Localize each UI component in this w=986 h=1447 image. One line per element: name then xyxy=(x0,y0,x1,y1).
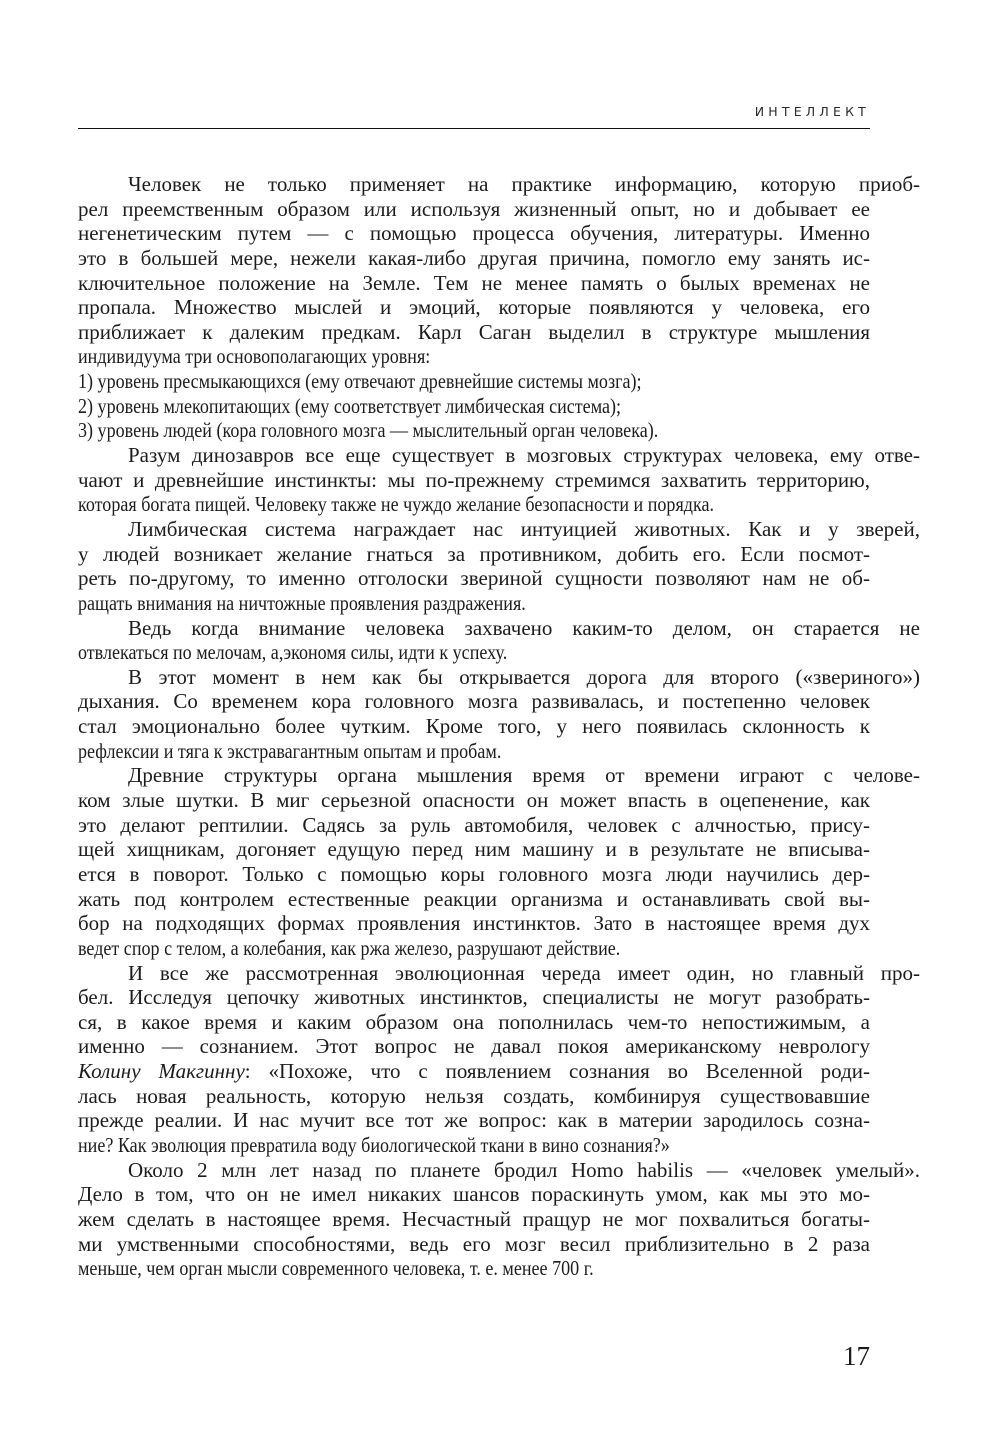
text-line: щей хищникам, догоняет едущую перед ним … xyxy=(78,837,870,862)
text-line: которая богата пищей. Человеку также не … xyxy=(78,492,870,517)
text-line: дыхания. Со временем кора головного мозг… xyxy=(78,689,870,714)
text-line: пропала. Множество мыслей и эмоций, кото… xyxy=(78,295,870,320)
header-rule xyxy=(78,128,870,129)
text-line: ключительное положение на Земле. Тем не … xyxy=(78,271,870,296)
text-line: жем сделать в настоящее время. Несчастны… xyxy=(78,1207,870,1232)
italic-person-name: Колину Макгинну xyxy=(78,1059,245,1083)
text-line-with-italic-name: Колину Макгинну: «Похоже, что с появлени… xyxy=(78,1059,870,1084)
text-line: ся, в какое время и каким образом она по… xyxy=(78,1010,870,1035)
list-item-1: 1) уровень пресмыкающихся (ему отвечают … xyxy=(78,369,870,394)
text-line: приближает к далеким предкам. Карл Саган… xyxy=(78,320,870,345)
text-line: Древние структуры органа мышления время … xyxy=(78,763,920,788)
text-line: бор на подходящих формах проявления инст… xyxy=(78,911,870,936)
text-line: жать под контролем естественные реакции … xyxy=(78,887,870,912)
text-line: именно — сознанием. Этот вопрос не давал… xyxy=(78,1034,870,1059)
text-line: Ведь когда внимание человека захвачено к… xyxy=(78,616,920,641)
text-line: прежде реалии. И нас мучит все тот же во… xyxy=(78,1108,870,1133)
text-line: Около 2 млн лет назад по планете бродил … xyxy=(78,1158,920,1183)
text-line: рел преемственным образом или используя … xyxy=(78,197,870,222)
text-line: реть по-другому, то именно отголоски зве… xyxy=(78,566,870,591)
text-line: В этот момент в нем как бы открывается д… xyxy=(78,665,920,690)
text-line: ведет спор с телом, а колебания, как ржа… xyxy=(78,936,870,961)
text-line: ние? Как эволюция превратила воду биолог… xyxy=(78,1133,870,1158)
text-line: И все же рассмотренная эволюционная чере… xyxy=(78,961,920,986)
running-head-title: ИНТЕЛЛЕКТ xyxy=(78,104,870,119)
text-line: ми умственными способностями, ведь его м… xyxy=(78,1232,870,1257)
text-line: негенетическим путем — с помощью процесс… xyxy=(78,221,870,246)
italic-name-suffix: : xyxy=(245,1059,269,1083)
text-line: лась новая реальность, которую нельзя со… xyxy=(78,1084,870,1109)
text-line: меньше, чем орган мысли современного чел… xyxy=(78,1256,870,1281)
text-line: рефлексии и тяга к экстравагантным опыта… xyxy=(78,739,870,764)
text-line: у людей возникает желание гнаться за про… xyxy=(78,542,870,567)
list-item-3: 3) уровень людей (кора головного мозга —… xyxy=(78,418,870,443)
text-line: Человек не только применяет на практике … xyxy=(78,172,920,197)
text-line: бел. Исследуя цепочку животных инстинкто… xyxy=(78,985,870,1010)
text-line: отвлекаться по мелочам, а,экономя силы, … xyxy=(78,640,870,665)
text-line: Дело в том, что он не имел никаких шансо… xyxy=(78,1182,870,1207)
text-line: ется в поворот. Только с помощью коры го… xyxy=(78,862,870,887)
text-line: ком злые шутки. В миг серьезной опасност… xyxy=(78,788,870,813)
text-line: это в большей мере, нежели какая-либо др… xyxy=(78,246,870,271)
text-line: стал эмоционально более чутким. Кроме то… xyxy=(78,714,870,739)
text-line: чают и древнейшие инстинкты: мы по-прежн… xyxy=(78,468,870,493)
quote-start: «Похоже, что с появлением сознания во Вс… xyxy=(269,1059,870,1083)
text-line: Лимбическая система награждает нас интуи… xyxy=(78,517,920,542)
list-item-2: 2) уровень млекопитающих (ему соответств… xyxy=(78,394,870,419)
text-line: ращать внимания на ничтожные проявления … xyxy=(78,591,870,616)
text-line: это делают рептилии. Садясь за руль авто… xyxy=(78,813,870,838)
body-text: Человек не только применяет на практике … xyxy=(78,172,870,1281)
text-line: Разум динозавров все еще существует в мо… xyxy=(78,443,920,468)
text-line: индивидуума три основополагающих уровня: xyxy=(78,344,870,369)
page-number: 17 xyxy=(770,1341,870,1372)
